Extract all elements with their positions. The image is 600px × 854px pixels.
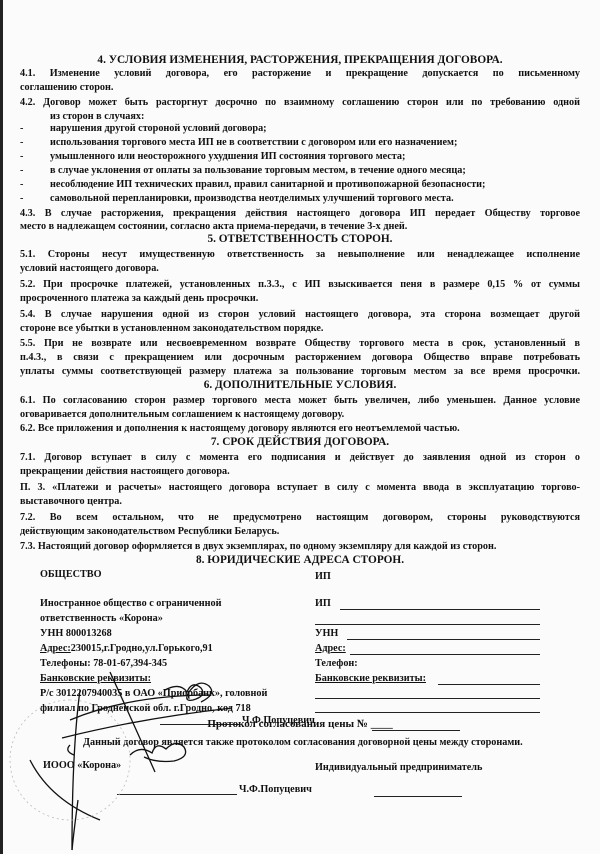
signature-scribbles-icon [0,0,600,854]
